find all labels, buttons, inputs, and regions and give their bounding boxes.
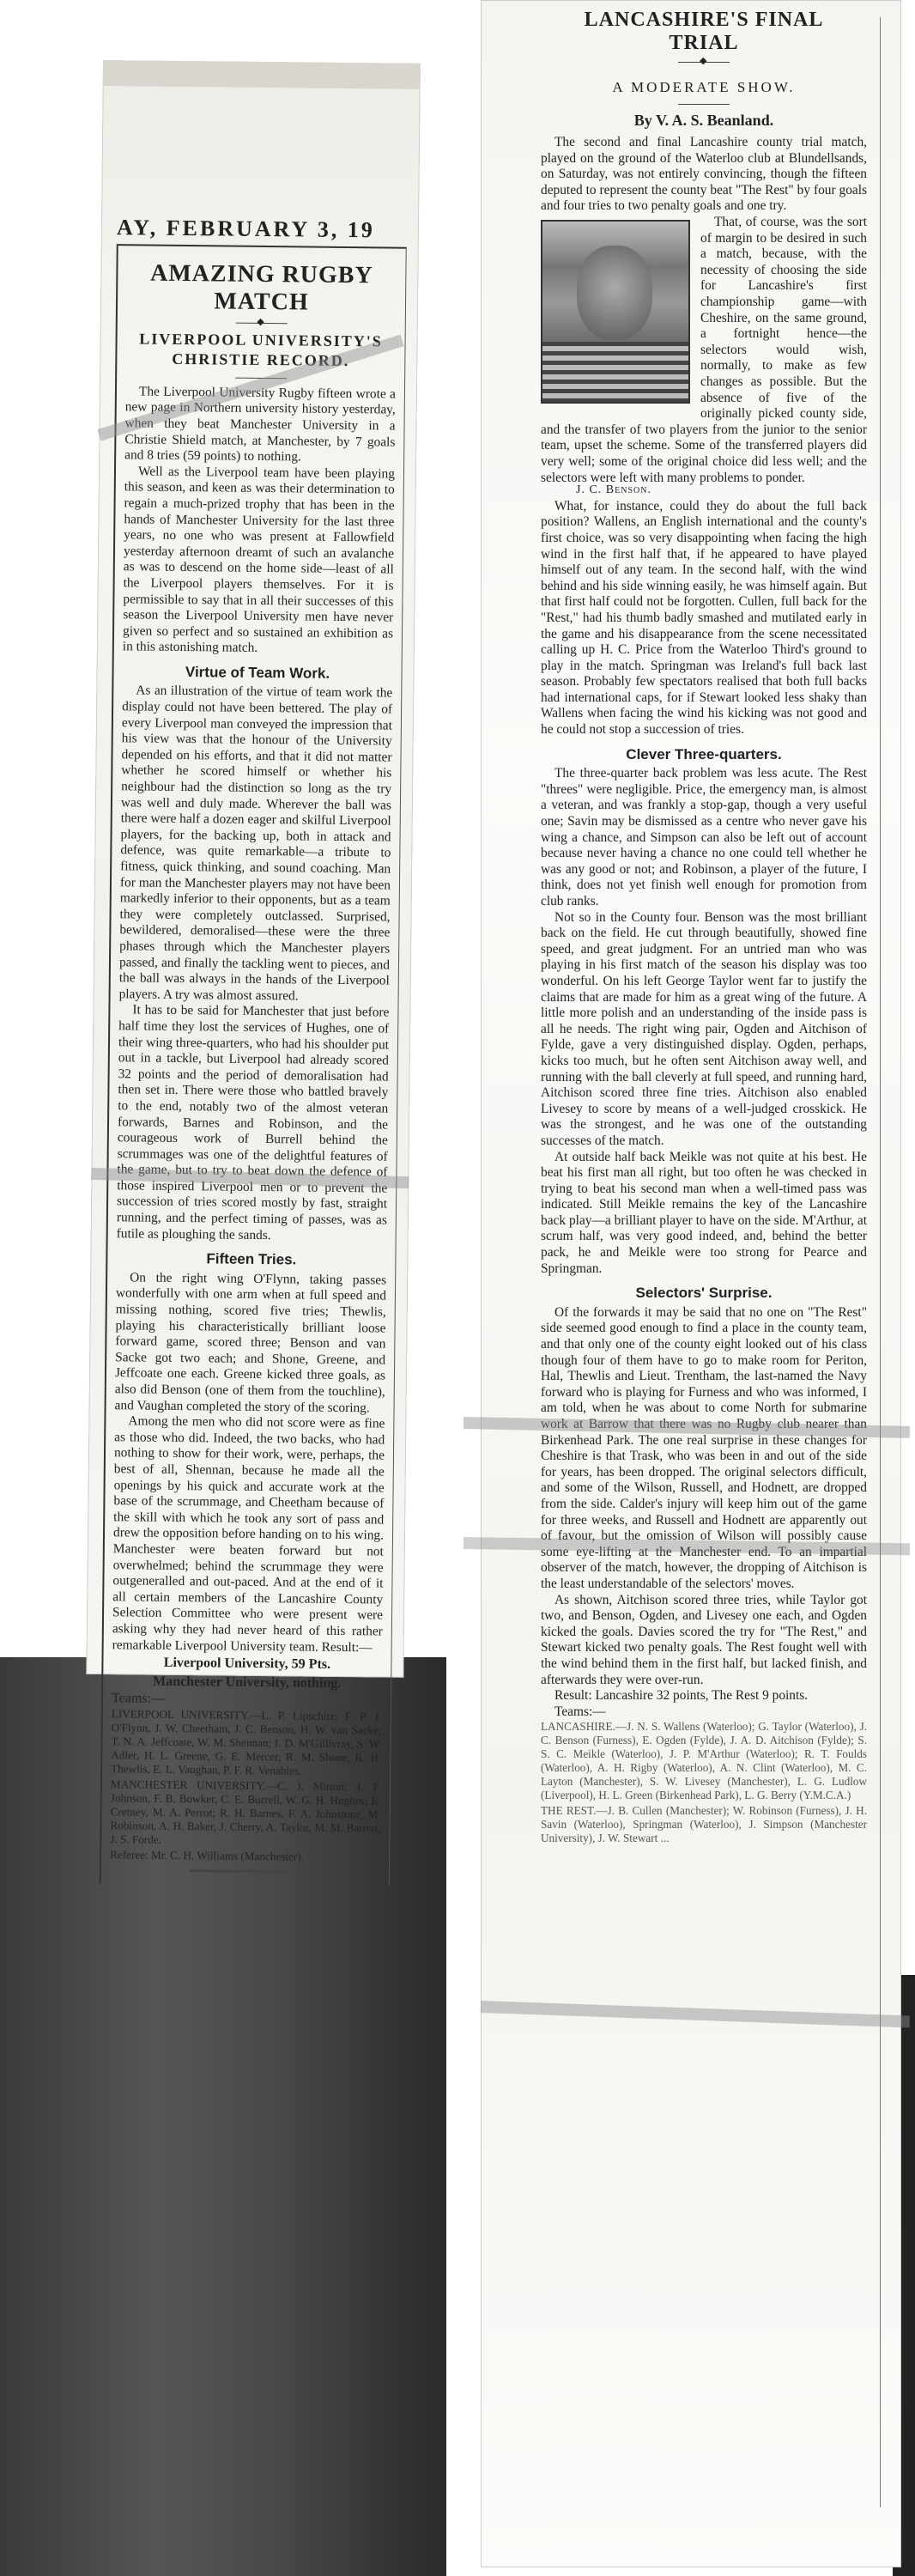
fold-crease bbox=[481, 2001, 910, 2027]
article-box: AMAZING RUGBY MATCH LIVERPOOL UNIVERSITY… bbox=[100, 246, 407, 1886]
paragraph: At outside half back Meikle was not quit… bbox=[541, 1150, 867, 1278]
byline: By V. A. S. Beanland. bbox=[541, 112, 867, 130]
section-heading: Selectors' Surprise. bbox=[541, 1285, 867, 1302]
striped-jersey bbox=[542, 342, 688, 402]
player-photo bbox=[541, 220, 690, 404]
referee: Referee: Mr. C. H. Williams (Manchester)… bbox=[110, 1848, 380, 1864]
article-body: The Liverpool University Rugby fifteen w… bbox=[112, 384, 396, 1656]
paragraph: It has to be said for Manchester that ju… bbox=[117, 1003, 390, 1245]
section-heading: Fifteen Tries. bbox=[116, 1250, 386, 1269]
paragraph: As an illustration of the virtue of team… bbox=[119, 683, 393, 1005]
team-list: LANCASHIRE.—J. N. S. Wallens (Waterloo);… bbox=[541, 1720, 867, 1802]
paragraph: Well as the Liverpool team have been pla… bbox=[123, 464, 395, 658]
paragraph: The second and final Lancashire county t… bbox=[541, 135, 867, 215]
team-list: LIVERPOOL UNIVERSITY.—L. P. Lipschitz; F… bbox=[111, 1707, 382, 1778]
torn-edge bbox=[103, 60, 421, 89]
team-lists: LANCASHIRE.—J. N. S. Wallens (Waterloo);… bbox=[541, 1720, 867, 1845]
team-list: THE REST.—J. B. Cullen (Manchester); W. … bbox=[541, 1804, 867, 1845]
result: Result: Lancashire 32 points, The Rest 9… bbox=[541, 1688, 867, 1704]
paragraph: The three-quarter back problem was less … bbox=[541, 766, 867, 909]
result-line-1: Liverpool University, 59 Pts. bbox=[112, 1653, 382, 1674]
divider bbox=[678, 104, 730, 105]
paragraph: What, for instance, could they do about … bbox=[541, 499, 867, 738]
dateline: AY, FEBRUARY 3, 19 bbox=[117, 215, 407, 249]
diamond-rule-icon bbox=[235, 323, 287, 325]
portrait-face bbox=[577, 246, 652, 340]
diamond-rule-icon bbox=[678, 62, 730, 63]
paragraph: Among the men who did not score were as … bbox=[112, 1413, 385, 1656]
paragraph: Not so in the County four. Benson was th… bbox=[541, 910, 867, 1150]
section-heading: Virtue of Team Work. bbox=[122, 664, 392, 683]
paragraph: On the right wing O'Flynn, taking passes… bbox=[114, 1270, 386, 1417]
team-list: MANCHESTER UNIVERSITY.—C. J. Mitton; J. … bbox=[110, 1777, 381, 1849]
right-newspaper-clipping: LANCASHIRE'S FINAL TRIAL A MODERATE SHOW… bbox=[481, 0, 901, 2567]
headline: AMAZING RUGBY MATCH bbox=[126, 259, 397, 317]
paragraph: As shown, Aitchison scored three tries, … bbox=[541, 1593, 867, 1689]
end-rule bbox=[189, 1869, 300, 1873]
left-newspaper-clipping: AY, FEBRUARY 3, 19 AMAZING RUGBY MATCH L… bbox=[86, 60, 421, 1678]
section-heading: Clever Three-quarters. bbox=[541, 747, 867, 763]
teams-label: Teams:— bbox=[541, 1704, 867, 1721]
article-body: The second and final Lancashire county t… bbox=[541, 135, 867, 1720]
team-lists: LIVERPOOL UNIVERSITY.—L. P. Lipschitz; F… bbox=[110, 1707, 382, 1864]
result-line-2: Manchester University, nothing. bbox=[112, 1672, 382, 1693]
paragraph: The Liverpool University Rugby fifteen w… bbox=[124, 384, 396, 466]
column-rule bbox=[880, 17, 881, 2507]
headline-line-1: LANCASHIRE'S FINAL bbox=[541, 9, 867, 32]
subheadline: A MODERATE SHOW. bbox=[541, 78, 867, 97]
headline-line-2: TRIAL bbox=[541, 32, 867, 55]
